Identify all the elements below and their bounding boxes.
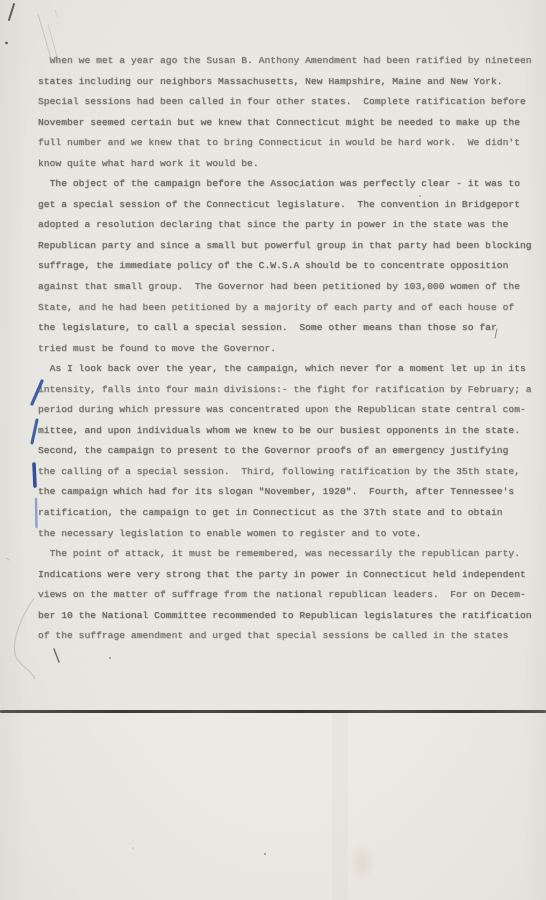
typed-line: the campaign which had for its slogan "N… — [38, 482, 540, 503]
typed-line: states including our neighbors Massachus… — [38, 72, 540, 93]
typed-line: As I look back over the year, the campai… — [38, 359, 540, 380]
typed-line: Indications were very strong that the pa… — [38, 565, 540, 586]
typed-line: the calling of a special session. Third,… — [38, 462, 540, 483]
blue-margin-mark-4 — [36, 499, 37, 527]
typed-line: ber 10 the National Committee recommende… — [38, 606, 540, 627]
pencil-loop-mark — [14, 598, 35, 679]
backslash-mark — [54, 649, 59, 662]
blank-lower-sheet — [0, 713, 546, 900]
scanned-typewritten-page: When we met a year ago the Susan B. Anth… — [0, 0, 546, 900]
typed-line: the necessary legislation to enable wome… — [38, 524, 540, 545]
typed-line: of the suffrage amendment and urged that… — [38, 626, 540, 647]
typed-line: suffrage, the immediate policy of the C.… — [38, 256, 540, 277]
typed-line: the legislature, to call a special sessi… — [38, 318, 540, 339]
typed-line: Republican party and since a small but p… — [38, 236, 540, 257]
pen-tick-mark — [9, 4, 14, 20]
typed-line: get a special session of the Connecticut… — [38, 195, 540, 216]
typed-line: When we met a year ago the Susan B. Anth… — [38, 51, 540, 72]
blue-margin-mark-3 — [34, 464, 35, 486]
blue-margin-mark-2 — [32, 420, 37, 443]
scan-streak — [332, 713, 348, 900]
stray-dot — [109, 657, 111, 659]
typed-line: mittee, and upon individuals whom we kne… — [38, 421, 540, 442]
typed-line: Second, the campaign to present to the G… — [38, 441, 540, 462]
pencil-speck — [6, 558, 10, 560]
typed-line: Special sessions had been called in four… — [38, 92, 540, 113]
typed-line: know quite what hard work it would be. — [38, 154, 540, 175]
typed-text-block: When we met a year ago the Susan B. Anth… — [38, 51, 540, 647]
typed-line: State, and he had been petitioned by a m… — [38, 298, 540, 319]
ink-dot — [5, 42, 8, 45]
typed-line: adopted a resolution declaring that sinc… — [38, 215, 540, 236]
typed-line: against that small group. The Governor h… — [38, 277, 540, 298]
typed-line: November seemed certain but we knew that… — [38, 113, 540, 134]
typed-line: intensity, falls into four main division… — [38, 380, 540, 401]
typed-line: full number and we knew that to bring Co… — [38, 133, 540, 154]
typed-line: period during which pressure was concent… — [38, 400, 540, 421]
typed-line: The object of the campaign before the As… — [38, 174, 540, 195]
paper-stain — [348, 841, 376, 883]
typed-line: ratification, the campaign to get in Con… — [38, 503, 540, 524]
typed-line: views on the matter of suffrage from the… — [38, 585, 540, 606]
typed-line: The point of attack, it must be remember… — [38, 544, 540, 565]
typed-line: tried must be found to move the Governor… — [38, 339, 540, 360]
pencil-scratch-3 — [55, 10, 58, 18]
